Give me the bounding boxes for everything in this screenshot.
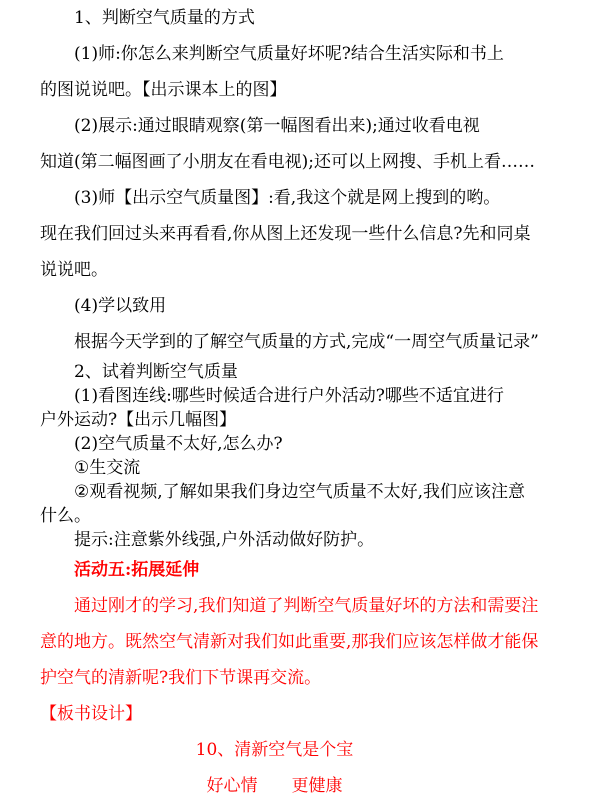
text-line: 1、判断空气质量的方式	[40, 0, 553, 36]
document-body: 1、判断空气质量的方式(1)师:你怎么来判断空气质量好坏呢?结合生活实际和书上的…	[40, 0, 553, 804]
text-line: (2)空气质量不太好,怎么办?	[40, 432, 553, 456]
text-line: ①生交流	[40, 456, 553, 480]
text-line: (3)师【出示空气质量图】:看,我这个就是网上搜到的哟。	[40, 180, 553, 216]
text-line: 知道(第二幅图画了小朋友在看电视);还可以上网搜、手机上看……	[40, 144, 553, 180]
text-line: 【板书设计】	[40, 696, 553, 732]
text-line: 护空气的清新呢?我们下节课再交流。	[40, 660, 553, 696]
text-line: 2、试着判断空气质量	[40, 360, 553, 384]
text-line: 说说吧。	[40, 252, 553, 288]
text-line: 通过刚才的学习,我们知道了判断空气质量好坏的方法和需要注	[40, 588, 553, 624]
text-line: 什么。	[40, 504, 553, 528]
text-line: (2)展示:通过眼睛观察(第一幅图看出来);通过收看电视	[40, 108, 553, 144]
text-line: 现在我们回过头来再看看,你从图上还发现一些什么信息?先和同桌	[40, 216, 553, 252]
text-line: 根据今天学到的了解空气质量的方式,完成“一周空气质量记录”	[40, 324, 553, 360]
text-line: 意的地方。既然空气清新对我们如此重要,那我们应该怎样做才能保	[40, 624, 553, 660]
text-line: 提示:注意紫外线强,户外活动做好防护。	[40, 528, 553, 552]
text-line: 好心情 更健康	[40, 768, 553, 804]
document-page: 1、判断空气质量的方式(1)师:你怎么来判断空气质量好坏呢?结合生活实际和书上的…	[0, 0, 590, 805]
text-line: 的图说说吧。【出示课本上的图】	[40, 72, 553, 108]
text-line: (4)学以致用	[40, 288, 553, 324]
text-line: 10、清新空气是个宝	[40, 732, 553, 768]
text-line: ②观看视频,了解如果我们身边空气质量不太好,我们应该注意	[40, 480, 553, 504]
text-line: (1)看图连线:哪些时候适合进行户外活动?哪些不适宜进行	[40, 384, 553, 408]
text-line: 活动五:拓展延伸	[40, 552, 553, 588]
text-line: (1)师:你怎么来判断空气质量好坏呢?结合生活实际和书上	[40, 36, 553, 72]
text-line: 户外运动?【出示几幅图】	[40, 408, 553, 432]
